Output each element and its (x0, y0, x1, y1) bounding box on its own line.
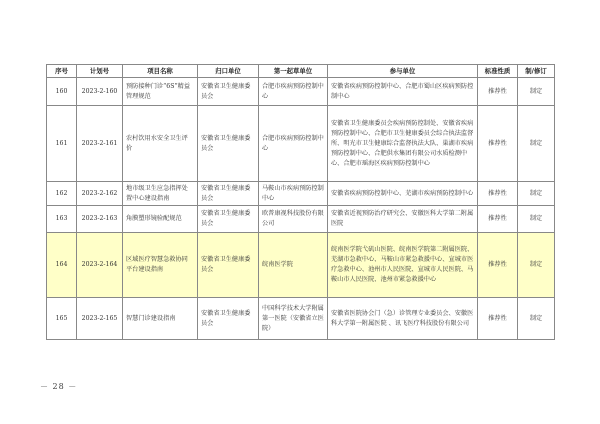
cell-first-drafter: 皖南医学院 (259, 233, 328, 298)
cell-seq: 161 (47, 106, 77, 182)
cell-project-name: 角膜塑形镜验配规范 (123, 206, 198, 233)
cell-type: 制定 (518, 233, 555, 298)
cell-type: 制定 (518, 206, 555, 233)
cell-participants: 皖南医学院弋矶山医院、皖南医学院第二附属医院、芜湖市急救中心、马鞍山市紧急救援中… (328, 233, 478, 298)
cell-participants: 安徽省疾病预防控制中心、芜湖市疾病预防控制中心 (328, 182, 478, 206)
cell-plan-number: 2023-2-162 (77, 182, 123, 206)
cell-project-name: 区域医疗智慧急救协同平台建设指南 (123, 233, 198, 298)
cell-seq: 160 (47, 78, 77, 106)
cell-participants: 安徽省医院协会门（急）诊管理专业委员会、安徽医科大学第一附属医院 、讯飞医疗科技… (328, 298, 478, 340)
header-type: 制/修订 (518, 65, 555, 78)
cell-participants: 安徽省疾病预防控制中心、合肥市蜀山区疾病预防控制中心 (328, 78, 478, 106)
cell-nature: 推荐性 (478, 106, 518, 182)
cell-participants: 安徽省卫生健康委员会疾病预防控制处、安徽省疾病预防控制中心、合肥市卫生健康委员会… (328, 106, 478, 182)
cell-nature: 推荐性 (478, 206, 518, 233)
cell-department: 安徽省卫生健康委员会 (198, 106, 259, 182)
cell-project-name: 地市级卫生应急指挥处置中心建设指南 (123, 182, 198, 206)
cell-seq: 165 (47, 298, 77, 340)
cell-first-drafter: 合肥市疾病预防控制中心 (259, 78, 328, 106)
cell-department: 安徽省卫生健康委员会 (198, 233, 259, 298)
cell-seq: 164 (47, 233, 77, 298)
cell-type: 制定 (518, 78, 555, 106)
cell-department: 安徽省卫生健康委员会 (198, 182, 259, 206)
cell-department: 安徽省卫生健康委员会 (198, 298, 259, 340)
cell-project-name: 预防接种门诊“6S”精益管理规范 (123, 78, 198, 106)
cell-department: 安徽省卫生健康委员会 (198, 206, 259, 233)
cell-seq: 162 (47, 182, 77, 206)
cell-project-name: 智慧门诊建设指南 (123, 298, 198, 340)
standards-plan-table: 序号 计划号 项目名称 归口单位 第一起草单位 参与单位 标准性质 制/修订 1… (46, 64, 555, 340)
cell-first-drafter: 马鞍山市疾病预防控制中心 (259, 182, 328, 206)
cell-seq: 163 (47, 206, 77, 233)
table-row: 163 2023-2-163 角膜塑形镜验配规范 安徽省卫生健康委员会 欧普康视… (47, 206, 555, 233)
cell-project-name: 农村饮用水安全卫生评价 (123, 106, 198, 182)
table-row: 160 2023-2-160 预防接种门诊“6S”精益管理规范 安徽省卫生健康委… (47, 78, 555, 106)
cell-plan-number: 2023-2-164 (77, 233, 123, 298)
table-row-highlighted: 164 2023-2-164 区域医疗智慧急救协同平台建设指南 安徽省卫生健康委… (47, 233, 555, 298)
header-seq: 序号 (47, 65, 77, 78)
cell-type: 制定 (518, 106, 555, 182)
page-number: － 28 － (40, 381, 77, 392)
cell-first-drafter: 中国科学技术大学附属第一医院（安徽省立医院） (259, 298, 328, 340)
cell-type: 制定 (518, 182, 555, 206)
header-participants: 参与单位 (328, 65, 478, 78)
cell-plan-number: 2023-2-160 (77, 78, 123, 106)
cell-nature: 推荐性 (478, 298, 518, 340)
cell-plan-number: 2023-2-161 (77, 106, 123, 182)
header-nature: 标准性质 (478, 65, 518, 78)
cell-first-drafter: 合肥市疾病预防控制中心 (259, 106, 328, 182)
cell-participants: 安徽省近视预防治疗研究会、安徽医科大学第二附属医院 (328, 206, 478, 233)
table-row: 162 2023-2-162 地市级卫生应急指挥处置中心建设指南 安徽省卫生健康… (47, 182, 555, 206)
cell-plan-number: 2023-2-163 (77, 206, 123, 233)
header-first-drafter: 第一起草单位 (259, 65, 328, 78)
cell-nature: 推荐性 (478, 78, 518, 106)
cell-type: 制定 (518, 298, 555, 340)
table-header-row: 序号 计划号 项目名称 归口单位 第一起草单位 参与单位 标准性质 制/修订 (47, 65, 555, 78)
cell-nature: 推荐性 (478, 233, 518, 298)
cell-first-drafter: 欧普康视科技股份有限公司 (259, 206, 328, 233)
cell-department: 安徽省卫生健康委员会 (198, 78, 259, 106)
header-department: 归口单位 (198, 65, 259, 78)
header-plan-number: 计划号 (77, 65, 123, 78)
table-row: 165 2023-2-165 智慧门诊建设指南 安徽省卫生健康委员会 中国科学技… (47, 298, 555, 340)
header-project-name: 项目名称 (123, 65, 198, 78)
cell-nature: 推荐性 (478, 182, 518, 206)
table-row: 161 2023-2-161 农村饮用水安全卫生评价 安徽省卫生健康委员会 合肥… (47, 106, 555, 182)
cell-plan-number: 2023-2-165 (77, 298, 123, 340)
